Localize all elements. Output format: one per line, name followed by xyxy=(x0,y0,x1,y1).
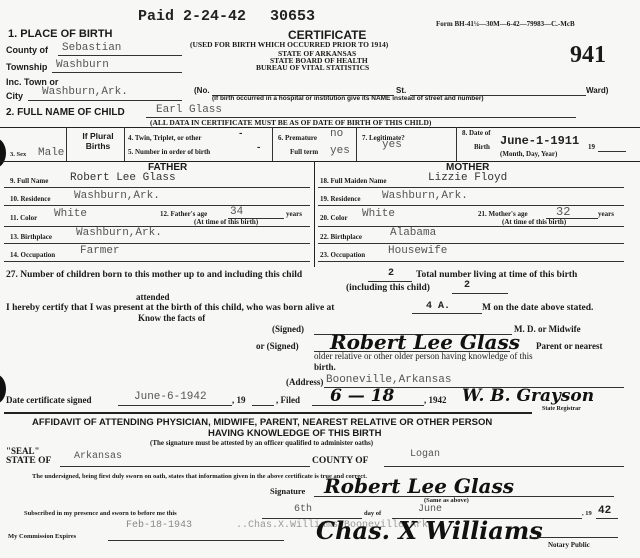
mother-residence-label: 19. Residence xyxy=(320,195,360,203)
affidavit-heading-2: HAVING KNOWLEDGE OF THIS BIRTH xyxy=(208,428,381,439)
signature-label: Signature xyxy=(270,486,305,496)
father-age-label: 12. Father's age xyxy=(160,210,207,218)
sex-label: 3. Sex xyxy=(10,151,26,158)
father-age-note: (At time of this birth) xyxy=(194,218,258,226)
md-midwife-label: M. D. or Midwife xyxy=(514,324,581,334)
file-number: 30653 xyxy=(270,8,315,25)
premature-label: 6. Premature xyxy=(278,134,317,142)
subscribed-day: 6th xyxy=(294,504,312,515)
mother-color-label: 20. Color xyxy=(320,214,348,222)
dob-birth-label: Birth xyxy=(474,143,490,151)
birth-order-value: - xyxy=(256,143,261,153)
legitimate-value: yes xyxy=(382,139,402,151)
birth-order-label: 5. Number in order of birth xyxy=(128,148,210,156)
commission-value: Feb-18-1943 xyxy=(126,520,192,531)
father-birthplace-value: Washburn,Ark. xyxy=(76,227,162,239)
place-of-birth-heading: 1. PLACE OF BIRTH xyxy=(8,28,113,40)
registrar-signature: W. B. Grayson xyxy=(462,386,594,406)
subscribed-year: 42 xyxy=(598,505,611,517)
registrar-label: State Registrar xyxy=(542,406,581,412)
father-color-label: 11. Color xyxy=(10,214,37,222)
parent-note-2: older relative or other older person hav… xyxy=(314,351,533,361)
mother-name-label: 18. Full Maiden Name xyxy=(320,177,387,185)
premature-value: no xyxy=(330,128,343,140)
father-occupation-value: Farmer xyxy=(80,245,120,257)
dob-value: June-1-1911 xyxy=(500,134,579,148)
father-birthplace-label: 13. Birthplace xyxy=(10,233,52,241)
mother-age-note: (At time of this birth) xyxy=(502,218,566,226)
mother-age-value: 32 xyxy=(556,205,570,219)
children-born-label: 27. Number of children born to this moth… xyxy=(6,270,302,280)
mother-age-label: 21. Mother's age xyxy=(478,210,528,218)
notary-signature: Chas. X Williams xyxy=(316,516,543,545)
street-no-label: (No. xyxy=(194,86,210,95)
affidavit-signature: Robert Lee Glass xyxy=(324,474,514,498)
dob-year-prefix: 19 xyxy=(588,143,595,151)
county-label: County of xyxy=(6,45,48,55)
sex-value: Male xyxy=(38,147,64,159)
father-name-value: Robert Lee Glass xyxy=(70,172,176,184)
attended-label: attended xyxy=(136,292,170,302)
affidavit-state-label: STATE OF xyxy=(6,456,51,466)
filed-label: , Filed xyxy=(276,395,300,405)
filed-date-value: 6 — 18 xyxy=(330,386,394,406)
subscribed-month: June xyxy=(418,504,442,515)
ward-label: Ward) xyxy=(586,86,608,95)
filed-year: , 1942 xyxy=(424,395,447,405)
plural-births-label: If Plural Births xyxy=(74,131,122,151)
children-living-label: Total number living at time of this birt… xyxy=(416,270,577,280)
punch-hole xyxy=(0,138,6,168)
mother-birthplace-label: 22. Birthplace xyxy=(320,233,362,241)
commission-label: My Commission Expires xyxy=(8,533,76,540)
oath-text: The undersigned, being first duly sworn … xyxy=(32,473,367,480)
dob-format: (Month, Day, Year) xyxy=(500,150,557,158)
birth-time-value: 4 A. xyxy=(426,301,450,312)
child-name-value: Earl Glass xyxy=(156,104,222,116)
father-residence-label: 10. Residence xyxy=(10,195,50,203)
data-note: (ALL DATA IN CERTIFICATE MUST BE AS OF D… xyxy=(150,118,431,127)
subscribed-label: Subscribed in my presence and sworn to b… xyxy=(24,510,177,517)
mother-occupation-value: Housewife xyxy=(388,245,447,257)
father-age-value: 34 xyxy=(230,206,243,218)
address-label: (Address) xyxy=(286,377,323,387)
county-value: Sebastian xyxy=(62,42,121,54)
certify-text-2: M on the date above stated. xyxy=(482,303,593,313)
or-signed-label: or (Signed) xyxy=(256,341,299,351)
father-age-unit: years xyxy=(286,210,302,218)
subscribed-year-prefix: , 19 xyxy=(582,510,592,517)
mother-age-unit: years xyxy=(598,210,614,218)
affidavit-heading: AFFIDAVIT OF ATTENDING PHYSICIAN, MIDWIF… xyxy=(32,417,492,428)
township-value: Washburn xyxy=(56,59,109,71)
agency-bureau: BUREAU OF VITAL STATISTICS xyxy=(256,63,369,72)
certify-text: I hereby certify that I was present at t… xyxy=(6,303,334,313)
affidavit-note: (The signature must be attested by an of… xyxy=(150,439,373,447)
twin-label: 4. Twin, Triplet, or other xyxy=(128,134,201,142)
township-label: Township xyxy=(6,62,47,72)
mother-birthplace-value: Alabama xyxy=(390,227,436,239)
children-living-note: (including this child) xyxy=(346,283,430,293)
same-as-above-note: (Same as above) xyxy=(424,497,469,504)
signed-label: (Signed) xyxy=(272,324,304,334)
parent-note-1: Parent or nearest xyxy=(536,341,603,351)
affidavit-state-value: Arkansas xyxy=(74,451,122,462)
date-signed-value: June-6-1942 xyxy=(134,391,207,403)
street-label: St. xyxy=(396,86,406,95)
fullterm-label: Full term xyxy=(290,148,318,156)
father-color-value: White xyxy=(54,208,87,220)
hospital-note: (If birth occurred in a hospital or inst… xyxy=(212,95,484,102)
certificate-subtitle: (USED FOR BIRTH WHICH OCCURRED PRIOR TO … xyxy=(190,40,388,49)
seal-label: "SEAL" xyxy=(6,446,40,456)
child-name-label: 2. FULL NAME OF CHILD xyxy=(6,107,125,118)
certificate-number: 941 xyxy=(570,42,606,69)
form-id: Form BH-41¼—30M—6-42—79983—C.-McB xyxy=(436,20,575,28)
children-born-value: 2 xyxy=(388,268,394,279)
fullterm-value: yes xyxy=(330,145,350,157)
paid-stamp: Paid 2-24-42 xyxy=(138,8,246,25)
mother-color-value: White xyxy=(362,208,395,220)
mother-occupation-label: 23. Occupation xyxy=(320,251,365,259)
mother-residence-value: Washburn,Ark. xyxy=(382,190,468,202)
city-value: Washburn,Ark. xyxy=(42,86,128,98)
parent-note-3: birth. xyxy=(314,362,336,372)
address-value: Booneville,Arkansas xyxy=(326,374,451,386)
children-living-value: 2 xyxy=(464,280,470,291)
dob-label: 8. Date of xyxy=(462,129,491,137)
date-signed-year-prefix: , 19 xyxy=(232,395,246,405)
mother-name-value: Lizzie Floyd xyxy=(428,172,507,184)
twin-value: - xyxy=(238,129,243,139)
know-facts-label: Know the facts of xyxy=(138,313,205,323)
father-occupation-label: 14. Occupation xyxy=(10,251,55,259)
affidavit-county-value: Logan xyxy=(410,449,440,460)
affidavit-county-label: COUNTY OF xyxy=(312,456,368,466)
father-residence-value: Washburn,Ark. xyxy=(74,190,160,202)
father-name-label: 9. Full Name xyxy=(10,177,48,185)
notary-public-label: Notary Public xyxy=(548,541,590,549)
date-signed-label: Date certificate signed xyxy=(6,395,91,405)
city-label: City xyxy=(6,91,23,101)
